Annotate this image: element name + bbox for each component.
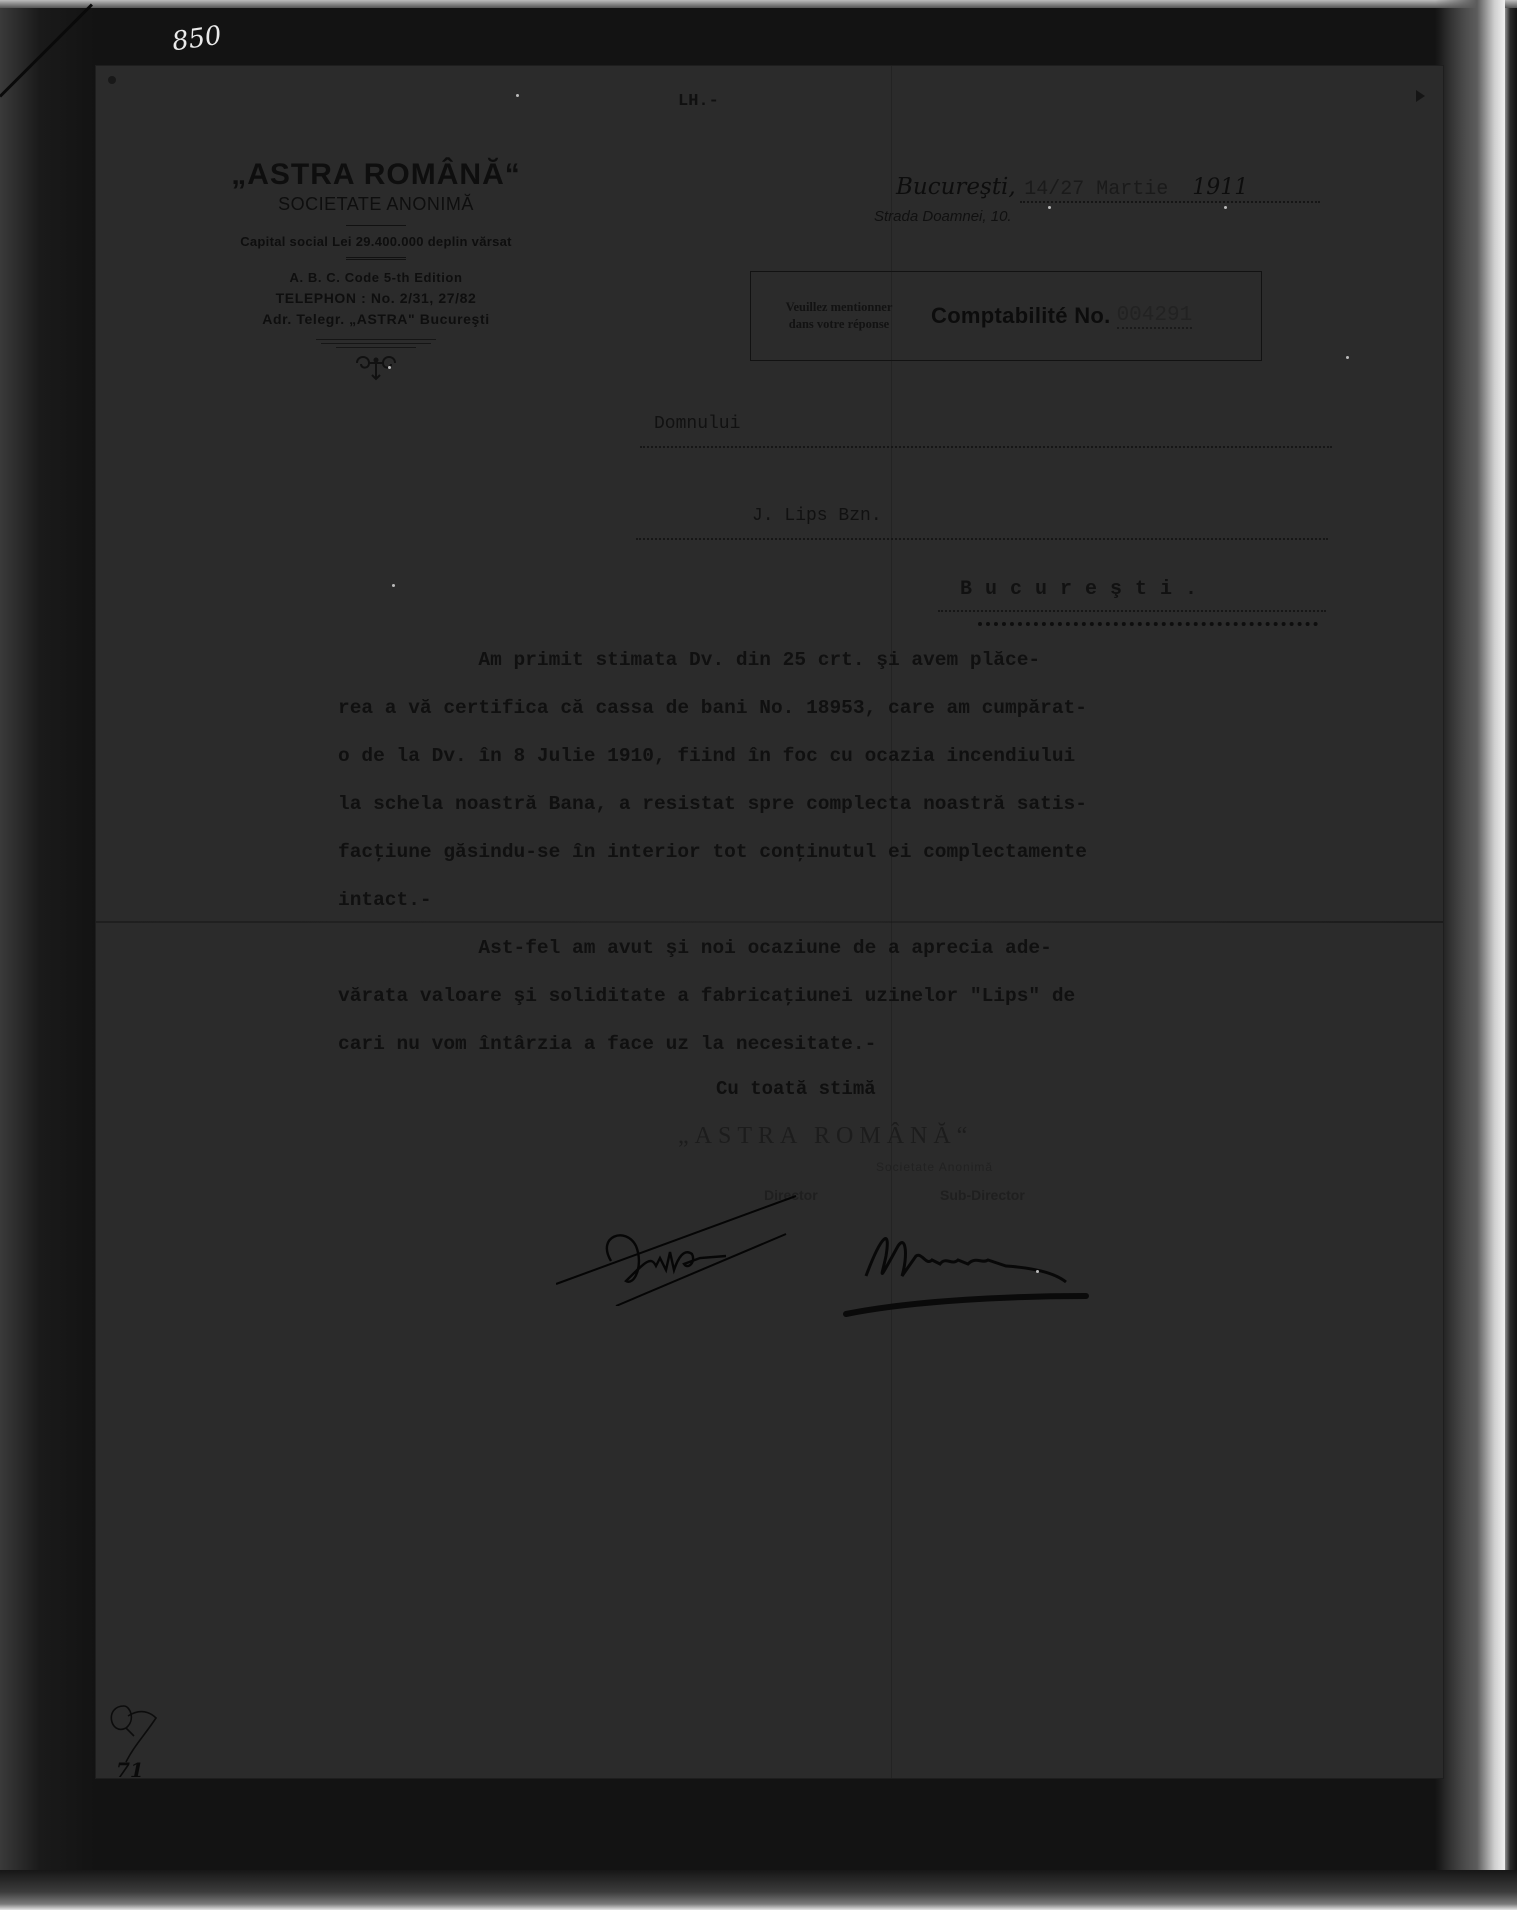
sender-address: Strada Doamnei, 10. xyxy=(874,208,1012,225)
date-year: 1911 xyxy=(1192,175,1248,200)
stamp-society: Societate Anonimă xyxy=(876,1160,993,1174)
body-line: Ast-fel am avut şi noi ocaziune de a apr… xyxy=(338,924,1448,972)
corner-mark-icon xyxy=(1416,90,1425,102)
corner-annotation: 71 xyxy=(116,1758,144,1782)
letter-body: Am primit stimata Dv. din 25 crt. şi ave… xyxy=(338,636,1448,1068)
dust-speck xyxy=(1036,1270,1039,1273)
subdirector-signature xyxy=(836,1216,1136,1331)
stamp-subdirector-label: Sub-Director xyxy=(940,1187,1025,1203)
scroll-ornament-icon xyxy=(176,351,576,385)
company-capital: Capital social Lei 29.400.000 deplin văr… xyxy=(176,234,576,249)
addressee-salutation: Domnului xyxy=(640,414,1332,448)
body-line: facţiune găsindu-se în interior tot conţ… xyxy=(338,828,1448,876)
telegraph-address: Adr. Telegr. „ASTRA" Bucureşti xyxy=(176,311,576,327)
dust-speck xyxy=(516,94,519,97)
body-line: rea a vă certifica că cassa de bani No. … xyxy=(338,684,1448,732)
city-underline xyxy=(978,622,1318,626)
body-line: vărata valoare şi soliditate a fabricaţi… xyxy=(338,972,1448,1020)
letter-page: LH.- „ASTRA ROMÂNĂ“ SOCIETATE ANONIMĂ Ca… xyxy=(96,66,1443,1778)
body-paragraph-1: Am primit stimata Dv. din 25 crt. şi ave… xyxy=(338,636,1448,924)
telegraph-code: A. B. C. Code 5-th Edition xyxy=(176,270,576,285)
plate-top-edge xyxy=(0,0,1517,8)
ornament-rules xyxy=(316,339,436,348)
date-line: Bucureşti, 14/27 Martie 1911 xyxy=(896,174,1441,203)
closing-greeting: Cu toată stimă xyxy=(716,1078,876,1100)
dust-speck xyxy=(1048,206,1051,209)
dust-speck xyxy=(1224,206,1227,209)
reference-note: Veuillez mentionner dans votre réponse xyxy=(759,299,919,333)
body-line: o de la Dv. în 8 Julie 1910, fiind în fo… xyxy=(338,732,1448,780)
dust-speck xyxy=(392,584,395,587)
dust-speck xyxy=(1346,356,1349,359)
company-stamp: „ASTRA ROMÂNĂ“ xyxy=(678,1123,973,1150)
company-name: „ASTRA ROMÂNĂ“ xyxy=(176,158,576,192)
reference-number: 004291 xyxy=(1117,304,1193,329)
body-line: cari nu vom întârzia a face uz la necesi… xyxy=(338,1020,1448,1068)
letterhead: „ASTRA ROMÂNĂ“ SOCIETATE ANONIMĂ Capital… xyxy=(176,158,576,385)
addressee-name: J. Lips Bzn. xyxy=(636,506,1328,540)
body-line: Am primit stimata Dv. din 25 crt. şi ave… xyxy=(338,636,1448,684)
date-city: Bucureşti, xyxy=(896,174,1016,200)
director-signature xyxy=(556,1166,856,1311)
body-paragraph-2: Ast-fel am avut şi noi ocaziune de a apr… xyxy=(338,924,1448,1068)
date-value: 14/27 Martie 1911 xyxy=(1020,175,1320,203)
divider xyxy=(346,225,406,226)
plate-bottom-edge xyxy=(0,1870,1517,1910)
addressee-city: Bucureşti. xyxy=(938,578,1326,612)
dust-speck xyxy=(388,366,391,369)
reference-label: Comptabilité No. xyxy=(931,303,1111,329)
body-line: la schela noastră Bana, a resistat spre … xyxy=(338,780,1448,828)
telephone-numbers: TELEPHON : No. 2/31, 27/82 xyxy=(176,290,576,306)
accounting-reference-box: Veuillez mentionner dans votre réponse C… xyxy=(750,271,1262,361)
divider xyxy=(346,257,406,260)
pin-hole xyxy=(108,76,116,84)
reference-initials: LH.- xyxy=(678,92,719,111)
company-type: SOCIETATE ANONIMĂ xyxy=(176,194,576,215)
body-line: intact.- xyxy=(338,876,1448,924)
